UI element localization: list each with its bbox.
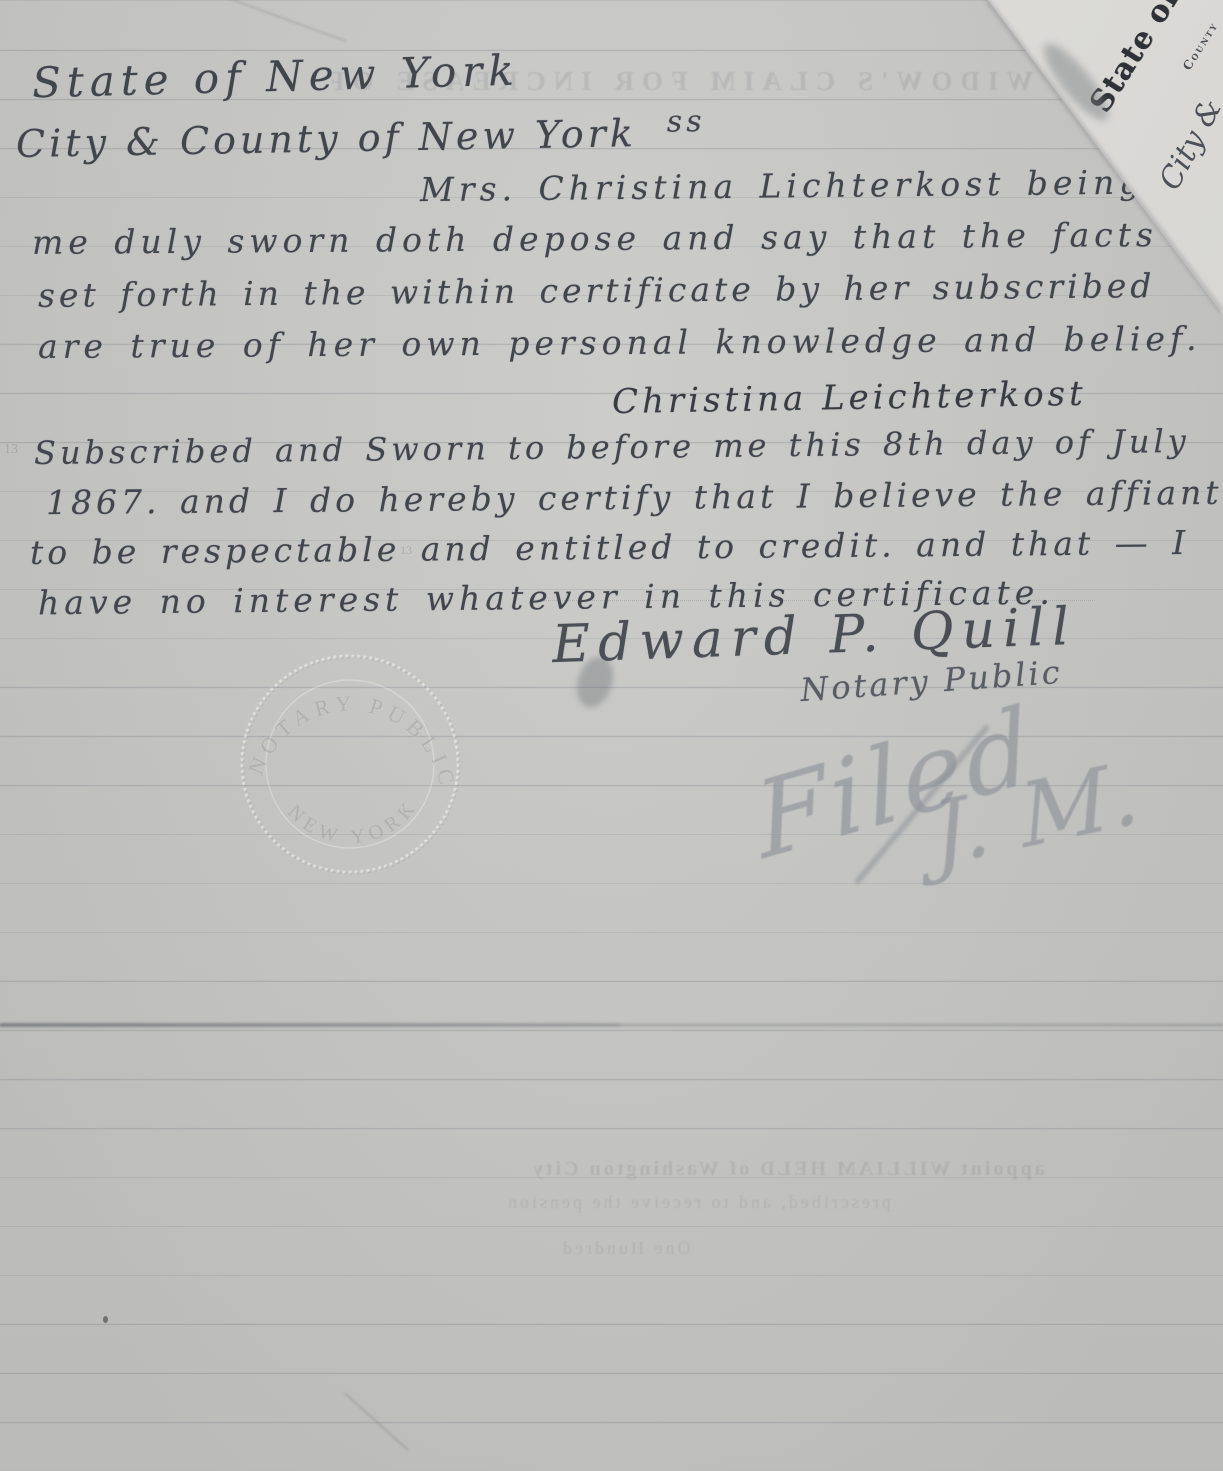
paper-speck [103,1316,108,1323]
ss-mark: ss [666,104,705,140]
corner-script: City & [1153,93,1223,196]
notary-seal: NOTARY PUBLIC NEW YORK [222,648,482,888]
seal-text-bottom: NEW YORK [283,794,423,848]
bleedthrough-line-2: prescribed, and to receive the pension [505,1192,891,1213]
svg-text:NOTARY PUBLIC: NOTARY PUBLIC [243,691,461,793]
crease-horizontal-dark [0,1023,620,1027]
svg-text:NEW YORK: NEW YORK [283,794,423,848]
margin-mark-1: 13 [4,442,18,458]
margin-mark-2: 13 [400,543,412,558]
body-line-1: Mrs. Christina Lichterkost being by [420,162,1217,209]
deponent-signature: Christina Leichterkost [612,374,1087,422]
body-line-2: me duly sworn doth depose and say that t… [32,215,1158,262]
seal-text-top: NOTARY PUBLIC [243,691,461,793]
bleedthrough-line-1: appoint WILLIAM HELD of Washington City [530,1158,1045,1181]
body-line-4: are true of her own personal knowledge a… [38,319,1202,366]
bleedthrough-line-3: One Hundred [560,1238,690,1259]
corner-caps: County [1180,19,1221,73]
document-page: WIDOW'S CLAIM FOR INCREASE OF appoint WI… [0,0,1223,1471]
